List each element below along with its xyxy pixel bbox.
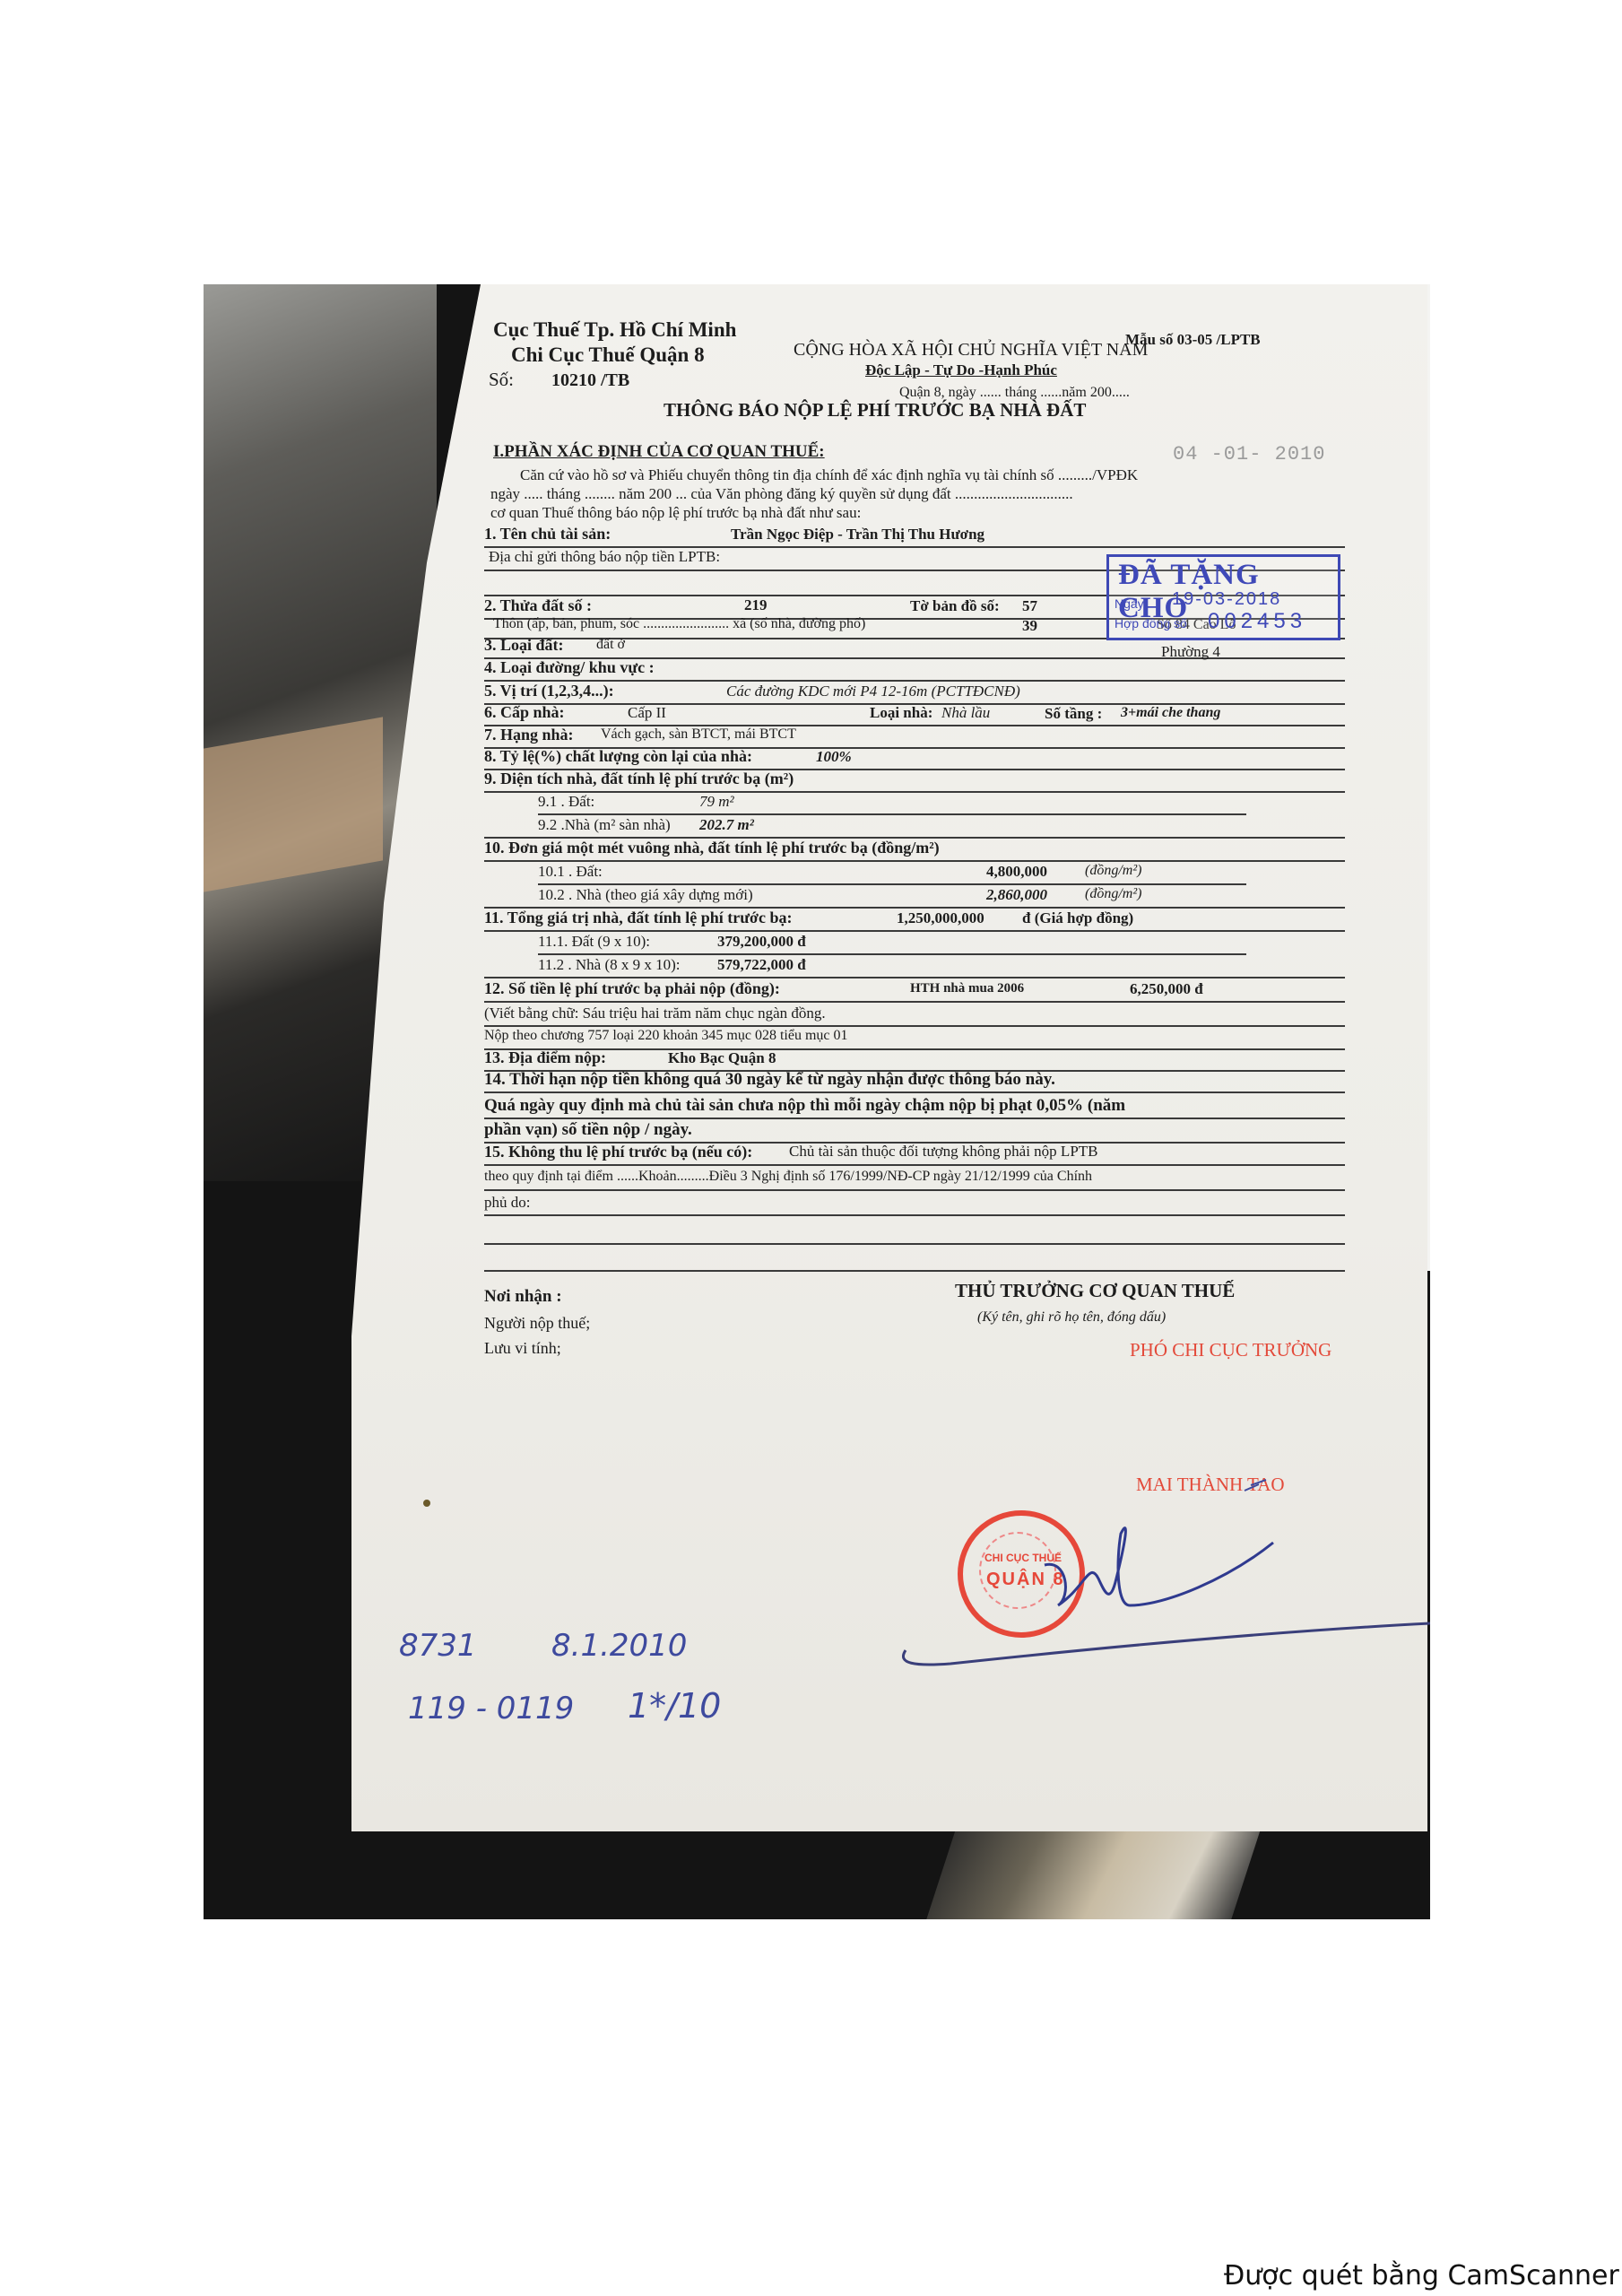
handwritten-note: 1*/10	[628, 1686, 721, 1726]
handwritten-note: 8.1.2010	[551, 1628, 687, 1664]
scanner-watermark: Được quét bằng CamScanner	[1224, 2260, 1619, 2292]
handwritten-note: 119 - 0119	[408, 1691, 574, 1726]
handwritten-note: 8731	[399, 1628, 477, 1664]
signature-icon	[0, 0, 1622, 2296]
